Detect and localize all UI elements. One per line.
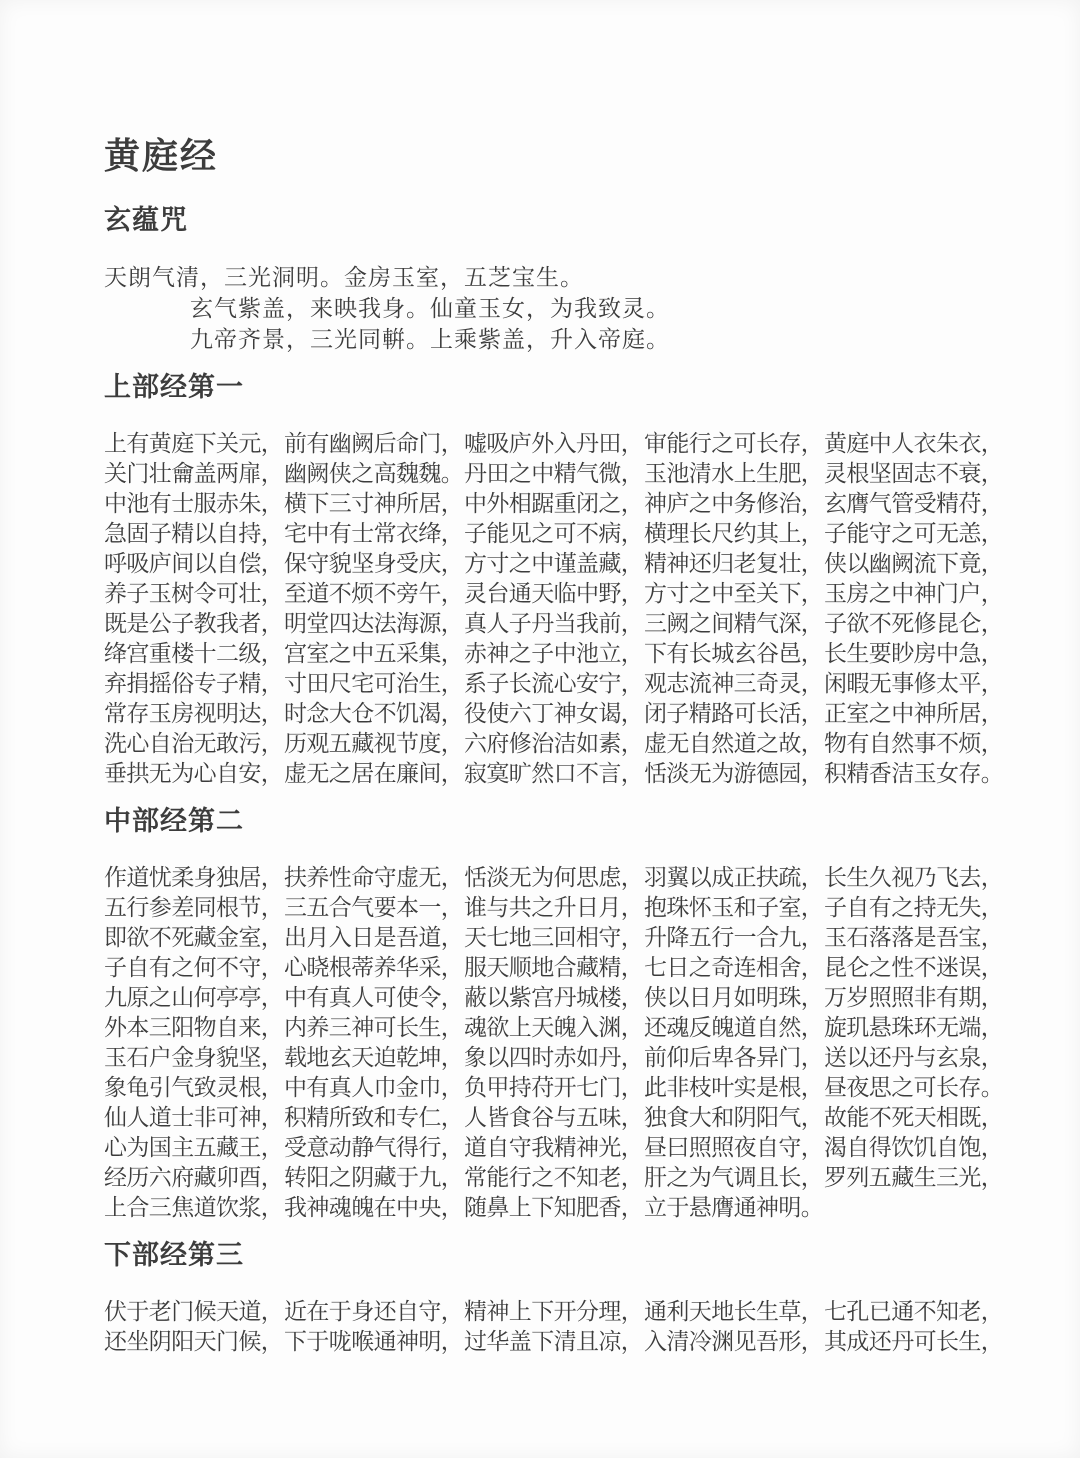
phrase-cell: 前仰后卑各异门， [644, 1043, 824, 1073]
phrase-cell: 子自有之持无失， [824, 893, 1004, 923]
phrase-cell: 神庐之中务修治， [644, 489, 824, 519]
text-row: 关门壮龠盖两扉，幽阙侠之高魏魏。丹田之中精气微，玉池清水上生肥，灵根坚固志不衰， [104, 459, 1004, 489]
verse-line: 九帝齐景，三光同輧。上乘紫盖，升入帝庭。 [104, 324, 1004, 355]
text-row: 既是公子教我者，明堂四达法海源，真人子丹当我前，三阙之间精气深，子欲不死修昆仑， [104, 609, 1004, 639]
verse-line: 玄气紫盖，来映我身。仙童玉女，为我致灵。 [104, 293, 1004, 324]
phrase-cell: 蔽以紫宫丹城楼， [464, 983, 644, 1013]
phrase-cell: 抱珠怀玉和子室， [644, 893, 824, 923]
phrase-cell: 呼吸庐间以自偿， [104, 549, 284, 579]
phrase-cell: 子能守之可无恙， [824, 519, 1004, 549]
phrase-cell: 故能不死天相既， [824, 1103, 1004, 1133]
phrase-cell: 此非枝叶实是根， [644, 1073, 824, 1103]
phrase-cell: 灵根坚固志不衰， [824, 459, 1004, 489]
phrase-cell: 正室之中神所居， [824, 699, 1004, 729]
text-row: 玉石户金身貌坚，载地玄天迫乾坤，象以四时赤如丹，前仰后卑各异门，送以还丹与玄泉， [104, 1043, 1004, 1073]
phrase-cell: 役使六丁神女谒， [464, 699, 644, 729]
phrase-cell: 长生久视乃飞去， [824, 863, 1004, 893]
phrase-cell: 载地玄天迫乾坤， [284, 1043, 464, 1073]
phrase-cell: 寸田尺宅可治生， [284, 669, 464, 699]
phrase-cell: 时念大仓不饥渴， [284, 699, 464, 729]
phrase-cell: 独食大和阴阳气， [644, 1103, 824, 1133]
phrase-cell: 历观五藏视节度， [284, 729, 464, 759]
phrase-cell: 赤神之子中池立， [464, 639, 644, 669]
phrase-cell: 上合三焦道饮浆， [104, 1193, 284, 1223]
phrase-cell: 随鼻上下知肥香， [464, 1193, 644, 1223]
phrase-cell: 虚无之居在廉间， [284, 759, 464, 789]
phrase-cell: 经历六府藏卯酉， [104, 1163, 284, 1193]
phrase-cell: 中外相踞重闭之， [464, 489, 644, 519]
phrase-cell: 中有真人巾金巾， [284, 1073, 464, 1103]
phrase-cell: 五行参差同根节， [104, 893, 284, 923]
phrase-cell: 肝之为气调且长， [644, 1163, 824, 1193]
phrase-cell: 入清冷渊见吾形， [644, 1327, 824, 1357]
phrase-cell: 前有幽阙后命门， [284, 429, 464, 459]
phrase-cell: 恬淡无为何思虑， [464, 863, 644, 893]
phrase-cell: 羽翼以成正扶疏， [644, 863, 824, 893]
text-row: 垂拱无为心自安，虚无之居在廉间，寂寞旷然口不言，恬淡无为游德园，积精香洁玉女存。 [104, 759, 1004, 789]
text-row: 即欲不死藏金室，出月入日是吾道，天七地三回相守，升降五行一合九，玉石落落是吾宝， [104, 923, 1004, 953]
phrase-cell: 三阙之间精气深， [644, 609, 824, 639]
phrase-cell: 天七地三回相守， [464, 923, 644, 953]
phrase-cell: 既是公子教我者， [104, 609, 284, 639]
text-row: 经历六府藏卯酉，转阳之阴藏于九，常能行之不知老，肝之为气调且长，罗列五藏生三光， [104, 1163, 1004, 1193]
phrase-cell: 还坐阴阳天门候， [104, 1327, 284, 1357]
section-heading: 上部经第一 [104, 371, 1004, 403]
phrase-cell: 昼夜思之可长存。 [824, 1073, 1004, 1103]
phrase-cell: 万岁照照非有期， [824, 983, 1004, 1013]
phrase-cell: 魂欲上天魄入渊， [464, 1013, 644, 1043]
text-row: 中池有士服赤朱，横下三寸神所居，中外相踞重闭之，神庐之中务修治，玄膺气管受精苻， [104, 489, 1004, 519]
phrase-cell: 审能行之可长存， [644, 429, 824, 459]
phrase-cell: 道自守我精神光， [464, 1133, 644, 1163]
phrase-cell: 方寸之中至关下， [644, 579, 824, 609]
phrase-cell: 子自有之何不守， [104, 953, 284, 983]
phrase-cell: 子能见之可不病， [464, 519, 644, 549]
phrase-cell: 其成还丹可长生， [824, 1327, 1004, 1357]
phrase-cell: 真人子丹当我前， [464, 609, 644, 639]
phrase-cell: 昼曰照照夜自守， [644, 1133, 824, 1163]
phrase-cell: 渴自得饮饥自饱， [824, 1133, 1004, 1163]
phrase-cell: 闭子精路可长活， [644, 699, 824, 729]
phrase-cell: 即欲不死藏金室， [104, 923, 284, 953]
phrase-cell: 洗心自治无敢污， [104, 729, 284, 759]
phrase-cell: 至道不烦不旁午， [284, 579, 464, 609]
phrase-cell: 人皆食谷与五味， [464, 1103, 644, 1133]
phrase-cell: 灵台通天临中野， [464, 579, 644, 609]
text-row: 伏于老门候天道，近在于身还自守，精神上下开分理，通利天地长生草，七孔已通不知老， [104, 1297, 1004, 1327]
phrase-cell: 下有长城玄谷邑， [644, 639, 824, 669]
phrase-cell: 伏于老门候天道， [104, 1297, 284, 1327]
section-heading: 下部经第三 [104, 1239, 1004, 1271]
text-row: 九原之山何亭亭，中有真人可使令，蔽以紫宫丹城楼，侠以日月如明珠，万岁照照非有期， [104, 983, 1004, 1013]
text-row: 上有黄庭下关元，前有幽阙后命门，嘘吸庐外入丹田，审能行之可长存，黄庭中人衣朱衣， [104, 429, 1004, 459]
phrase-cell: 保守貌坚身受庆， [284, 549, 464, 579]
phrase-cell: 玉房之中神门户， [824, 579, 1004, 609]
section-heading: 玄蕴咒 [104, 204, 1004, 236]
text-row: 作道忧柔身独居，扶养性命守虚无，恬淡无为何思虑，羽翼以成正扶疏，长生久视乃飞去， [104, 863, 1004, 893]
phrase-cell: 方寸之中谨盖藏， [464, 549, 644, 579]
text-row: 急固子精以自持，宅中有士常衣绛，子能见之可不病，横理长尺约其上，子能守之可无恙， [104, 519, 1004, 549]
phrase-cell: 积精香洁玉女存。 [824, 759, 1004, 789]
phrase-cell: 下于咙喉通神明， [284, 1327, 464, 1357]
text-row: 五行参差同根节，三五合气要本一，谁与共之升日月，抱珠怀玉和子室，子自有之持无失， [104, 893, 1004, 923]
phrase-cell: 受意动静气得行， [284, 1133, 464, 1163]
document-sections: 玄蕴咒天朗气清，三光洞明。金房玉室，五芝宝生。玄气紫盖，来映我身。仙童玉女，为我… [104, 204, 1004, 1357]
text-row: 呼吸庐间以自偿，保守貌坚身受庆，方寸之中谨盖藏，精神还归老复壮，侠以幽阙流下竟， [104, 549, 1004, 579]
phrase-cell: 昆仑之性不迷误， [824, 953, 1004, 983]
phrase-cell: 精神上下开分理， [464, 1297, 644, 1327]
phrase-cell: 幽阙侠之高魏魏。 [284, 459, 464, 489]
phrase-cell: 垂拱无为心自安， [104, 759, 284, 789]
phrase-cell: 玉石户金身貌坚， [104, 1043, 284, 1073]
phrase-cell: 子欲不死修昆仑， [824, 609, 1004, 639]
phrase-cell: 黄庭中人衣朱衣， [824, 429, 1004, 459]
phrase-cell: 外本三阳物自来， [104, 1013, 284, 1043]
phrase-cell: 横理长尺约其上， [644, 519, 824, 549]
phrase-cell: 七孔已通不知老， [824, 1297, 1004, 1327]
document-page: 黄庭经 玄蕴咒天朗气清，三光洞明。金房玉室，五芝宝生。玄气紫盖，来映我身。仙童玉… [0, 0, 1080, 1458]
phrase-cell: 宅中有士常衣绛， [284, 519, 464, 549]
phrase-cell: 九原之山何亭亭， [104, 983, 284, 1013]
text-row: 洗心自治无敢污，历观五藏视节度，六府修治洁如素，虚无自然道之故，物有自然事不烦， [104, 729, 1004, 759]
text-row: 子自有之何不守，心晓根蒂养华采，服天顺地合藏精，七日之奇连相舍，昆仑之性不迷误， [104, 953, 1004, 983]
text-row: 还坐阴阳天门候，下于咙喉通神明，过华盖下清且凉，入清冷渊见吾形，其成还丹可长生， [104, 1327, 1004, 1357]
phrase-cell: 扶养性命守虚无， [284, 863, 464, 893]
section-4: 下部经第三伏于老门候天道，近在于身还自守，精神上下开分理，通利天地长生草，七孔已… [104, 1239, 1004, 1357]
phrase-cell: 还魂反魄道自然， [644, 1013, 824, 1043]
phrase-cell: 内养三神可长生， [284, 1013, 464, 1043]
phrase-cell: 心晓根蒂养华采， [284, 953, 464, 983]
phrase-cell: 仙人道士非可神， [104, 1103, 284, 1133]
phrase-cell: 精神还归老复壮， [644, 549, 824, 579]
text-row: 上合三焦道饮浆，我神魂魄在中央，随鼻上下知肥香，立于悬膺通神明。 [104, 1193, 1004, 1223]
phrase-cell: 物有自然事不烦， [824, 729, 1004, 759]
phrase-cell: 作道忧柔身独居， [104, 863, 284, 893]
section-1: 玄蕴咒天朗气清，三光洞明。金房玉室，五芝宝生。玄气紫盖，来映我身。仙童玉女，为我… [104, 204, 1004, 355]
text-row: 外本三阳物自来，内养三神可长生，魂欲上天魄入渊，还魂反魄道自然，旋玑悬珠环无端， [104, 1013, 1004, 1043]
phrase-cell: 虚无自然道之故， [644, 729, 824, 759]
phrase-cell: 长生要眇房中急， [824, 639, 1004, 669]
text-row: 象龟引气致灵根，中有真人巾金巾，负甲持苻开七门，此非枝叶实是根，昼夜思之可长存。 [104, 1073, 1004, 1103]
text-row: 养子玉树令可壮，至道不烦不旁午，灵台通天临中野，方寸之中至关下，玉房之中神门户， [104, 579, 1004, 609]
phrase-cell: 弃捐摇俗专子精， [104, 669, 284, 699]
phrase-cell: 送以还丹与玄泉， [824, 1043, 1004, 1073]
phrase-cell: 中有真人可使令， [284, 983, 464, 1013]
phrase-cell: 负甲持苻开七门， [464, 1073, 644, 1103]
phrase-cell: 七日之奇连相舍， [644, 953, 824, 983]
phrase-cell: 玉池清水上生肥， [644, 459, 824, 489]
phrase-cell: 寂寞旷然口不言， [464, 759, 644, 789]
phrase-cell: 通利天地长生草， [644, 1297, 824, 1327]
phrase-cell: 积精所致和专仁， [284, 1103, 464, 1133]
section-heading: 中部经第二 [104, 805, 1004, 837]
phrase-cell: 系子长流心安宁， [464, 669, 644, 699]
phrase-cell: 立于悬膺通神明。 [644, 1193, 824, 1223]
page-title: 黄庭经 [104, 136, 1004, 176]
phrase-cell: 急固子精以自持， [104, 519, 284, 549]
phrase-cell: 六府修治洁如素， [464, 729, 644, 759]
phrase-cell: 关门壮龠盖两扉， [104, 459, 284, 489]
phrase-cell: 升降五行一合九， [644, 923, 824, 953]
phrase-cell: 我神魂魄在中央， [284, 1193, 464, 1223]
phrase-cell: 绛宫重楼十二级， [104, 639, 284, 669]
phrase-cell: 明堂四达法海源， [284, 609, 464, 639]
phrase-cell: 谁与共之升日月， [464, 893, 644, 923]
phrase-cell: 象以四时赤如丹， [464, 1043, 644, 1073]
text-row: 绛宫重楼十二级，宫室之中五采集，赤神之子中池立，下有长城玄谷邑，长生要眇房中急， [104, 639, 1004, 669]
phrase-cell: 观志流神三奇灵， [644, 669, 824, 699]
phrase-cell: 玄膺气管受精苻， [824, 489, 1004, 519]
phrase-cell: 侠以日月如明珠， [644, 983, 824, 1013]
text-row: 常存玉房视明达，时念大仓不饥渴，役使六丁神女谒，闭子精路可长活，正室之中神所居， [104, 699, 1004, 729]
phrase-cell: 中池有士服赤朱， [104, 489, 284, 519]
phrase-cell: 宫室之中五采集， [284, 639, 464, 669]
verse-line: 天朗气清，三光洞明。金房玉室，五芝宝生。 [104, 262, 1004, 293]
phrase-cell: 上有黄庭下关元， [104, 429, 284, 459]
phrase-cell: 近在于身还自守， [284, 1297, 464, 1327]
text-row: 心为国主五藏王，受意动静气得行，道自守我精神光，昼曰照照夜自守，渴自得饮饥自饱， [104, 1133, 1004, 1163]
phrase-cell: 嘘吸庐外入丹田， [464, 429, 644, 459]
phrase-cell: 过华盖下清且凉， [464, 1327, 644, 1357]
text-row: 仙人道士非可神，积精所致和专仁，人皆食谷与五味，独食大和阴阳气，故能不死天相既， [104, 1103, 1004, 1133]
section-2: 上部经第一上有黄庭下关元，前有幽阙后命门，嘘吸庐外入丹田，审能行之可长存，黄庭中… [104, 371, 1004, 789]
phrase-cell: 象龟引气致灵根， [104, 1073, 284, 1103]
text-row: 弃捐摇俗专子精，寸田尺宅可治生，系子长流心安宁，观志流神三奇灵，闲暇无事修太平， [104, 669, 1004, 699]
phrase-cell: 恬淡无为游德园， [644, 759, 824, 789]
phrase-cell: 侠以幽阙流下竟， [824, 549, 1004, 579]
phrase-cell: 常能行之不知老， [464, 1163, 644, 1193]
phrase-cell: 转阳之阴藏于九， [284, 1163, 464, 1193]
phrase-cell: 丹田之中精气微， [464, 459, 644, 489]
phrase-cell: 服天顺地合藏精， [464, 953, 644, 983]
phrase-cell: 横下三寸神所居， [284, 489, 464, 519]
phrase-cell: 罗列五藏生三光， [824, 1163, 1004, 1193]
section-3: 中部经第二作道忧柔身独居，扶养性命守虚无，恬淡无为何思虑，羽翼以成正扶疏，长生久… [104, 805, 1004, 1223]
phrase-cell: 玉石落落是吾宝， [824, 923, 1004, 953]
phrase-cell: 旋玑悬珠环无端， [824, 1013, 1004, 1043]
phrase-cell: 养子玉树令可壮， [104, 579, 284, 609]
phrase-cell: 出月入日是吾道， [284, 923, 464, 953]
phrase-cell: 心为国主五藏王， [104, 1133, 284, 1163]
phrase-cell: 闲暇无事修太平， [824, 669, 1004, 699]
phrase-cell: 三五合气要本一， [284, 893, 464, 923]
phrase-cell: 常存玉房视明达， [104, 699, 284, 729]
